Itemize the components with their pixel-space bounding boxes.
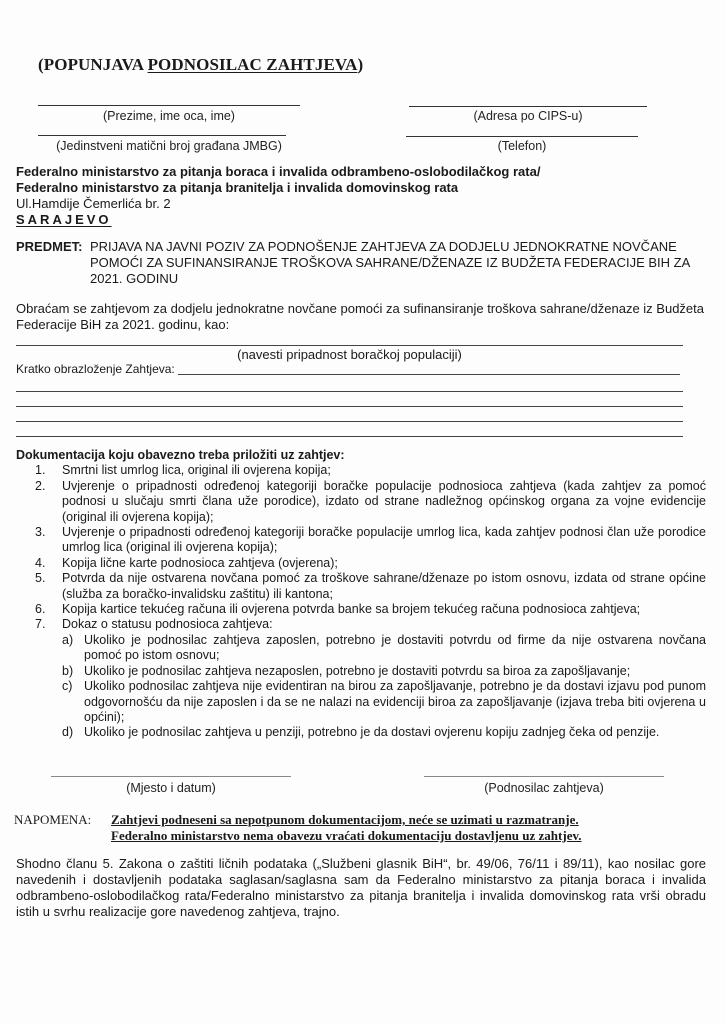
- list-item: 4.Kopija lične karte podnosioca zahtjeva…: [16, 556, 706, 571]
- list-item: 2.Uvjerenje o pripadnosti određenoj kate…: [16, 479, 706, 525]
- justification-field-line-4[interactable]: [16, 421, 683, 422]
- phone-field-line[interactable]: [406, 136, 638, 137]
- name-field-label: (Prezime, ime oca, ime): [38, 109, 300, 123]
- list-item: 3.Uvjerenje o pripadnosti određenoj kate…: [16, 525, 706, 556]
- note-line-2: Federalno ministarstvo nema obavezu vrać…: [111, 828, 582, 843]
- phone-field-label: (Telefon): [406, 139, 638, 153]
- place-date-field-line[interactable]: [51, 776, 291, 777]
- recipient-address: Federalno ministarstvo za pitanja boraca…: [16, 164, 540, 228]
- justification-field-line-5[interactable]: [16, 436, 683, 437]
- recipient-line-1: Federalno ministarstvo za pitanja boraca…: [16, 164, 540, 180]
- justification-field-line-1[interactable]: [178, 374, 680, 375]
- list-item: 7.Dokaz o statusu podnosioca zahtjeva: a…: [16, 617, 706, 740]
- note-block: NAPOMENA:Zahtjevi podneseni sa nepotpuno…: [14, 812, 582, 844]
- name-field-line[interactable]: [38, 105, 300, 106]
- jmbg-field-label: (Jedinstveni matični broj građana JMBG): [38, 139, 300, 153]
- list-item: 6.Kopija kartice tekućeg računa ili ovje…: [16, 602, 706, 617]
- header-suffix: ): [357, 55, 363, 74]
- sublist-item: b)Ukoliko je podnosilac zahtjeva nezapos…: [62, 664, 706, 679]
- justification-label: Kratko obrazloženje Zahtjeva:: [16, 362, 175, 376]
- documentation-heading: Dokumentacija koju obavezno treba prilož…: [16, 448, 706, 463]
- subject-block: PREDMET:PRIJAVA NA JAVNI POZIV ZA PODNOŠ…: [16, 239, 706, 287]
- form-header: (POPUNJAVA PODNOSILAC ZAHTJEVA): [38, 55, 363, 75]
- sublist-item: d)Ukoliko je podnosilac zahtjeva u penzi…: [62, 725, 706, 740]
- recipient-line-2: Federalno ministarstvo za pitanja branit…: [16, 180, 540, 196]
- subject-label: PREDMET:: [16, 239, 90, 255]
- jmbg-field-line[interactable]: [38, 135, 286, 136]
- header-underlined: PODNOSILAC ZAHTJEVA: [148, 55, 358, 74]
- consent-paragraph: Shodno članu 5. Zakona o zaštiti ličnih …: [16, 856, 706, 920]
- header-prefix: (POPUNJAVA: [38, 55, 148, 74]
- list-item: 5.Potvrda da nije ostvarena novčana pomo…: [16, 571, 706, 602]
- address-field-line[interactable]: [409, 106, 647, 107]
- address-field-label: (Adresa po CIPS-u): [409, 109, 647, 123]
- note-label: NAPOMENA:: [14, 812, 111, 828]
- status-proof-sublist: a)Ukoliko je podnosilac zahtjeva zaposle…: [62, 633, 706, 741]
- population-field-label: (navesti pripadnost boračkoj populaciji): [16, 347, 683, 362]
- note-line-1: Zahtjevi podneseni sa nepotpunom dokumen…: [111, 812, 579, 827]
- intro-paragraph: Obraćam se zahtjevom za dodjelu jednokra…: [16, 301, 704, 333]
- sublist-item: c)Ukoliko podnosilac zahtjeva nije evide…: [62, 679, 706, 725]
- place-date-label: (Mjesto i datum): [51, 781, 291, 795]
- justification-field-line-3[interactable]: [16, 406, 683, 407]
- justification-field-line-2[interactable]: [16, 391, 683, 392]
- documentation-list: 1.Smrtni list umrlog lica, original ili …: [16, 463, 706, 740]
- population-field-line[interactable]: [16, 345, 683, 346]
- applicant-signature-label: (Podnosilac zahtjeva): [424, 781, 664, 795]
- subject-text: PRIJAVA NA JAVNI POZIV ZA PODNOŠENJE ZAH…: [90, 239, 690, 287]
- documentation-section: Dokumentacija koju obavezno treba prilož…: [16, 448, 706, 741]
- applicant-signature-line[interactable]: [424, 776, 664, 777]
- list-item: 1.Smrtni list umrlog lica, original ili …: [16, 463, 706, 478]
- recipient-street: Ul.Hamdije Čemerlića br. 2: [16, 196, 540, 212]
- sublist-item: a)Ukoliko je podnosilac zahtjeva zaposle…: [62, 633, 706, 664]
- recipient-city: SARAJEVO: [16, 212, 540, 228]
- document-page: (POPUNJAVA PODNOSILAC ZAHTJEVA) (Prezime…: [0, 0, 725, 1024]
